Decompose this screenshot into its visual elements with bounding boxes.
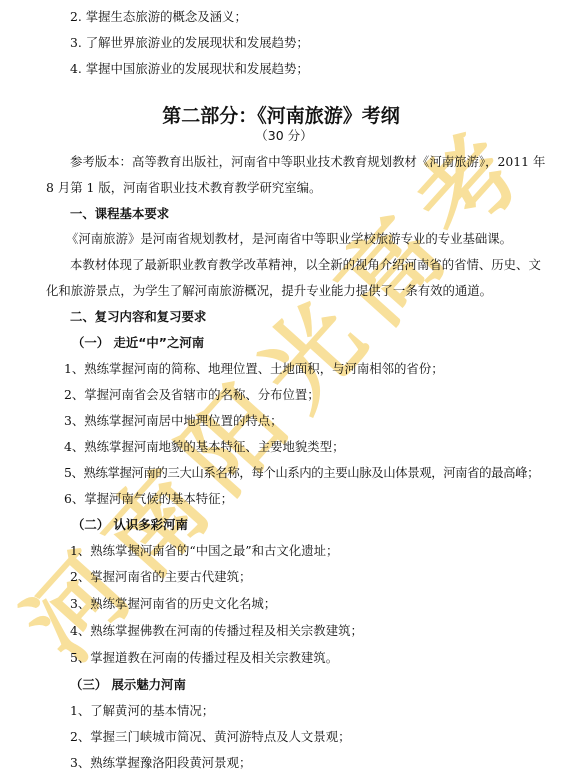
section-title: 第二部分：《河南旅游》考纲 <box>0 104 562 128</box>
list-item: 3、熟练掌握河南省的历史文化名城； <box>70 596 276 612</box>
part1-paragraph: 本教材体现了最新职业教育教学改革精神，以全新的视角介绍河南省的省情、历史、文 <box>70 257 541 273</box>
part1-heading: 一、课程基本要求 <box>70 206 169 222</box>
list-item: 6、掌握河南气候的基本特征； <box>64 491 233 507</box>
reference-text: 8 月第 1 版，河南省职业技术教育教学研究室编。 <box>46 180 321 196</box>
list-item: 3、熟练掌握豫洛阳段黄河景观； <box>70 755 251 771</box>
subsection-heading: （三） 展示魅力河南 <box>70 677 186 693</box>
watermark-char: 光 <box>244 288 380 424</box>
subsection-heading: （二） 认识多彩河南 <box>72 517 188 533</box>
intro-item: 3. 了解世界旅游业的发展现状和发展趋势； <box>70 35 309 51</box>
list-item: 4、熟练掌握佛教在河南的传播过程及相关宗教建筑； <box>70 623 363 639</box>
list-item: 5、掌握道教在河南的传播过程及相关宗教建筑。 <box>70 650 338 666</box>
list-item: 2、掌握三门峡城市简况、黄河游特点及人文景观； <box>70 729 350 745</box>
document-page: 河 南 阳 光 高 考 2. 掌握生态旅游的概念及涵义； 3. 了解世界旅游业的… <box>0 0 562 778</box>
section-score: （30 分） <box>0 128 562 144</box>
list-item: 1、熟练掌握河南的简称、地理位置、土地面积，与河南相邻的省份； <box>64 361 444 377</box>
list-item: 5、熟练掌握河南的三大山系名称，每个山系内的主要山脉及山体景观，河南省的最高峰； <box>64 465 539 481</box>
reference-text: 参考版本：高等教育出版社，河南省中等职业技术教育规划教材《河南旅游》，2011 … <box>70 154 545 170</box>
list-item: 4、熟练掌握河南地貌的基本特征、主要地貌类型； <box>64 439 344 455</box>
intro-item: 4. 掌握中国旅游业的发展现状和发展趋势； <box>70 61 309 77</box>
list-item: 1、熟练掌握河南省的“中国之最”和古文化遗址； <box>70 543 338 559</box>
part1-paragraph: 《河南旅游》是河南省规划教材，是河南省中等职业学校旅游专业的专业基础课。 <box>66 231 512 247</box>
subsection-heading: （一） 走近“中”之河南 <box>72 335 204 351</box>
list-item: 2、掌握河南省会及省辖市的名称、分布位置； <box>64 387 320 403</box>
intro-item: 2. 掌握生态旅游的概念及涵义； <box>70 9 247 25</box>
list-item: 3、熟练掌握河南居中地理位置的特点； <box>64 413 283 429</box>
list-item: 1、了解黄河的基本情况； <box>70 703 214 719</box>
part1-paragraph: 化和旅游景点，为学生了解河南旅游概况，提升专业能力提供了一条有效的通道。 <box>46 283 492 299</box>
part2-heading: 二、复习内容和复习要求 <box>70 309 206 325</box>
list-item: 2、掌握河南省的主要古代建筑； <box>70 569 251 585</box>
